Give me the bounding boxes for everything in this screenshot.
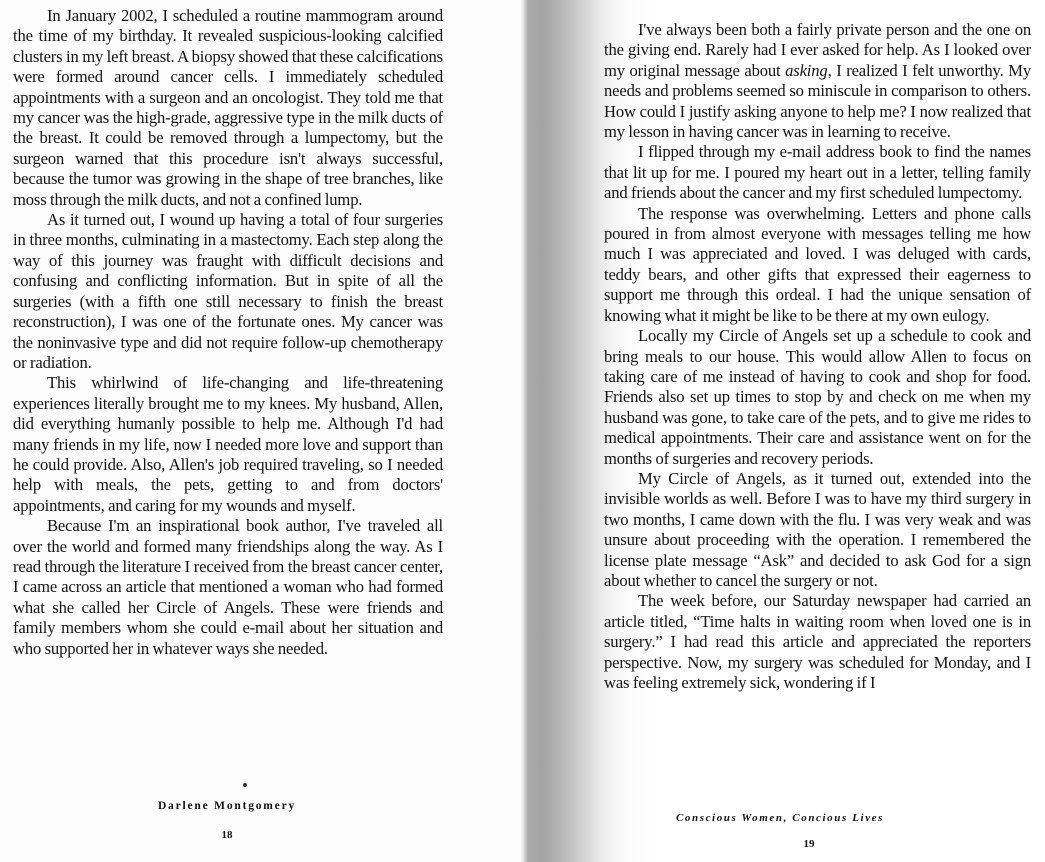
section-ornament-dot <box>243 783 247 787</box>
paragraph: Locally my Circle of Angels set up a sch… <box>604 326 1031 469</box>
book-spread: In January 2002, I scheduled a routine m… <box>0 0 1045 862</box>
paragraph: I flipped through my e-mail address book… <box>604 142 1031 203</box>
paragraph: I've always been both a fairly private p… <box>604 20 1031 142</box>
running-foot-author: Darlene Montgomery <box>77 800 377 812</box>
right-page-body: I've always been both a fairly private p… <box>604 20 1031 693</box>
emphasized-word: asking <box>785 61 827 80</box>
page-number: 18 <box>207 829 247 841</box>
paragraph: In January 2002, I scheduled a routine m… <box>13 6 443 210</box>
right-page: I've always been both a fairly private p… <box>520 0 1045 862</box>
page-number: 19 <box>789 838 829 850</box>
paragraph: This whirlwind of life-changing and life… <box>13 373 443 516</box>
paragraph: Because I'm an inspirational book author… <box>13 516 443 659</box>
left-page: In January 2002, I scheduled a routine m… <box>0 0 525 862</box>
paragraph: As it turned out, I wound up having a to… <box>13 210 443 373</box>
paragraph: The response was overwhelming. Letters a… <box>604 204 1031 326</box>
paragraph: The week before, our Saturday newspaper … <box>604 591 1031 693</box>
running-foot-book-title: Conscious Women, Concious Lives <box>630 812 930 824</box>
left-page-body: In January 2002, I scheduled a routine m… <box>13 6 443 659</box>
paragraph: My Circle of Angels, as it turned out, e… <box>604 469 1031 591</box>
